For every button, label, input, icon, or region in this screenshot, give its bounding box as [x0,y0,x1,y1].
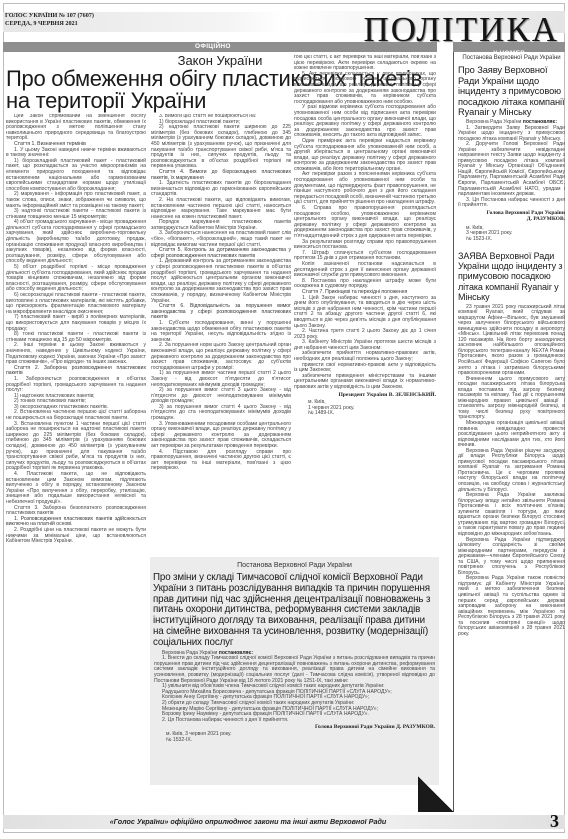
paragraph: 1. Затвердити Заяву Верховної Ради Украї… [458,126,565,143]
issue-info: ГОЛОС УКРАЇНИ № 107 (7607) СЕРЕДА, 9 ЧЕР… [3,12,283,32]
sidebar-signature-name: Д. РАЗУМКОВ. [458,216,565,223]
section-header: ПОЛІТИКА [284,11,565,33]
paragraph: Верховна Рада України підтверджує цілков… [458,538,565,577]
page-number: 3 [550,811,559,832]
paragraph: Один примірник акта перевірки надається … [294,139,436,173]
paragraph: Копія зазначеної постанови надсилається … [294,262,436,279]
law-column-2: 3. Вимоги цієї статті не поширюються на:… [151,114,291,558]
law-signature: Президент України В. ЗЕЛЕНСЬКИЙ. [294,393,436,399]
paragraph: 1. Внести до складу Тимчасової слідчої к… [154,656,435,684]
paragraph: Верховна Рада України закликає білоруськ… [458,493,565,537]
paragraph: забезпечити приведення міністерствами та… [294,374,436,391]
paragraph: 3) за порушення вимог статті 4 цього Зак… [151,405,291,422]
paragraph: 2. На пластикові пакети, що відповідають… [151,198,291,220]
paragraph: 23 травня 2021 року пасажирський літак к… [458,305,565,377]
publication-issue: ГОЛОС УКРАЇНИ № 107 (7607) [5,12,283,20]
resolution-box: Постанова Верховної Ради України Про змі… [150,557,439,785]
paragraph: 5) об'єкт роздрібної торгівлі - місце пр… [6,265,146,293]
paragraph: 2. За порушення норм цього Закону центра… [151,343,291,371]
paragraph: 2. Інші терміни в цьому Законі вживаютьс… [6,343,146,365]
newspaper-page: ГОЛОС УКРАЇНИ № 107 (7607) СЕРЕДА, 9 ЧЕР… [0,0,568,839]
paragraph: Верховна Рада України також повністю під… [458,576,565,637]
paragraph: забезпечити прийняття нормативно-правови… [294,351,436,362]
paragraph: 2. Встановлена частиною першою цієї стат… [6,410,146,421]
footer-slogan: «Голос України» офіційно оприлюднює зако… [3,817,493,826]
paragraph: 2. Доручити Голові Верховної Ради Україн… [458,142,565,197]
paragraph: 7) пластиковий пакет - виріб з полімерни… [6,315,146,332]
sidebar-number: № 1523-IX. [458,237,565,243]
in-issue-bar: У НОМЕР [453,42,565,52]
law-column-3: гою цієї статті, є акт перевірки та інші… [294,55,436,558]
statement-title: ЗАЯВА Верховної Ради України щодо інциде… [458,251,565,303]
paragraph: 2. Ця Постанова набирає чинності з дня ї… [154,718,435,724]
paragraph: 4. Підставою для розгляду справи про пра… [151,450,291,472]
paragraph: 3. Ця Постанова набирає чинності з дня ї… [458,198,565,209]
statement-body: 23 травня 2021 року пасажирський літак к… [458,305,565,638]
paragraph: 2) надтонкі пластикові пакети шириною до… [151,125,291,170]
page-footer: «Голос України» офіційно оприлюднює зако… [3,815,565,829]
paragraph: 1. Суб'єкти господарювання, винні у пору… [151,321,291,343]
official-label: ОФІЦІЙНО [195,42,231,52]
law-column-1: Цей Закон спрямований на зменшення обсяг… [6,114,146,790]
paragraph: 6. Справа про правопорушення розглядаєть… [294,206,436,240]
sidebar-body: Верховна Рада України постановляє: 1. За… [458,120,565,209]
paragraph: 1) за порушення вимог частини першої ста… [151,371,291,388]
paragraph: гою цієї статті, є акт перевірки та інші… [294,55,436,72]
paragraph: Вчиненням цього примусового акту посадки… [458,377,565,421]
paragraph: Акт перевірки разом з поясненнями керівн… [294,172,436,206]
issue-date: СЕРЕДА, 9 ЧЕРВНЯ 2021 [5,20,283,28]
resolution-signature: Голова Верховної Ради України Д. РАЗУМКО… [150,724,439,730]
paragraph: 1. Цей Закон набирає чинності з дня, нас… [294,296,436,330]
paragraph: 3. Встановлена пунктом 1 частини першої … [6,422,146,472]
paragraph: 1. Забороняється розповсюдження в об'єкт… [6,377,146,394]
sidebar-title: Про Заяву Верховної Ради України щодо ін… [458,65,565,118]
sidebar-kicker: Постанова Верховної Ради України [458,55,565,62]
paragraph: У разі відмови керівника суб'єкта господ… [294,105,436,139]
resolution-title: Про зміни у складі Тимчасової слідчої ко… [150,570,439,649]
sidebar-column: Постанова Верховної Ради України Про Зая… [453,52,565,812]
law-number: № 1489-IX. [308,411,436,417]
paragraph: 3. Уповноваженими посадовими особами цен… [151,422,291,450]
paragraph: Міжнародна організація цивільної авіації… [458,421,565,449]
resolution-kicker: Постанова Верховної Ради України [150,561,439,570]
paragraph: 2) маркування - інформація про пластиков… [6,192,146,209]
paragraph: Цей Закон спрямований на зменшення обсяг… [6,114,146,142]
paragraph: Верховна Рада України рішуче засуджує ді… [458,449,565,493]
paragraph: 4) об'єкт громадського харчування - місц… [6,220,146,265]
paragraph: 2) за порушення вимог статті 3 цього Зак… [151,388,291,405]
corner-triangle-decoration [418,776,454,812]
paragraph: 5. Акт перевірки складається у двох прим… [294,72,436,106]
resolution-number: № 1532-IX. [150,738,439,744]
paragraph: 4. Пластикові пакети, що не відповідають… [6,472,146,506]
paragraph: 1. Здатність пластикових пакетів до біор… [151,181,291,198]
paragraph: 2. Роздрібні ціни на пластикові пакети н… [6,528,146,545]
paragraph: 1. Державний контроль за дотриманням зак… [151,259,291,304]
paragraph: 1) біорозкладний пластиковий пакет - пла… [6,159,146,193]
article-heading: Стаття 6. Відповідальність за порушення … [151,304,291,321]
paragraph: 3. Забороняється нанесення на пластикови… [151,231,291,248]
official-bar: ОФІЦІЙНО [3,42,437,52]
resolution-body: Верховна Рада України постановляє: 1. Вн… [150,649,439,724]
paragraph: 6) оксорозкладні пластикові пакети - пла… [6,293,146,315]
